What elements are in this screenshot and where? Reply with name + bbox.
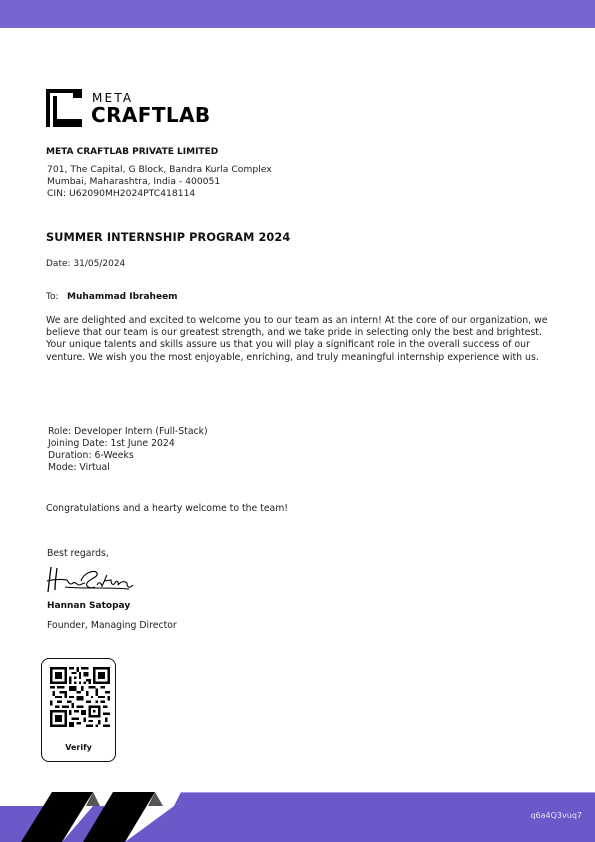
verify-label[interactable]: Verify <box>42 743 115 752</box>
top-banner <box>0 0 595 28</box>
company-address-line1: 701, The Capital, G Block, Bandra Kurla … <box>47 164 272 176</box>
logo-text-craftlab: CRAFTLAB <box>91 103 211 127</box>
company-cin: CIN: U62090MH2024PTC418114 <box>47 188 195 200</box>
certificate-code: q6a4Q3vuq7 <box>530 811 582 820</box>
company-name: META CRAFTLAB PRIVATE LIMITED <box>46 147 218 157</box>
signature-image <box>47 565 135 595</box>
detail-duration: Duration: 6-Weeks <box>48 450 208 462</box>
letter-date: Date: 31/05/2024 <box>46 259 125 269</box>
detail-joining-date: Joining Date: 1st June 2024 <box>48 438 208 450</box>
qr-code-icon[interactable] <box>50 667 110 727</box>
verify-card[interactable]: Verify <box>41 658 116 762</box>
recipient-name: Muhammad Ibraheem <box>67 292 178 302</box>
footer-band <box>0 785 595 842</box>
company-address-line2: Mumbai, Maharashtra, India - 400051 <box>47 176 220 188</box>
letter-title: SUMMER INTERNSHIP PROGRAM 2024 <box>46 231 290 244</box>
closing-text: Best regards, <box>47 548 109 559</box>
internship-details: Role: Developer Intern (Full-Stack) Join… <box>48 426 208 474</box>
signer-name: Hannan Satopay <box>47 601 130 611</box>
detail-mode: Mode: Virtual <box>48 462 208 474</box>
company-logo: META CRAFTLAB <box>46 89 221 129</box>
signer-title: Founder, Managing Director <box>47 620 177 631</box>
recipient-label: To: <box>46 292 59 302</box>
detail-role: Role: Developer Intern (Full-Stack) <box>48 426 208 438</box>
logo-mark-icon <box>46 89 82 127</box>
congratulations-text: Congratulations and a hearty welcome to … <box>46 503 288 514</box>
letter-body: We are delighted and excited to welcome … <box>46 315 561 364</box>
